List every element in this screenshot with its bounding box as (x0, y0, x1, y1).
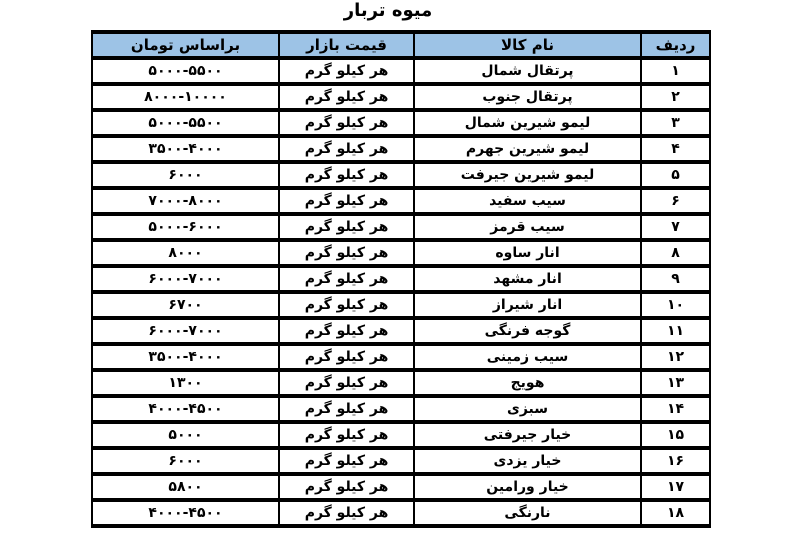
table-row: ۷ سیب قرمز هر کیلو گرم ۵۰۰۰-۶۰۰۰ (92, 214, 710, 240)
item-name-cell: هویج (414, 370, 641, 396)
price-cell: ۵۰۰۰-۶۰۰۰ (92, 214, 279, 240)
price-cell: ۵۰۰۰-۵۵۰۰ (92, 58, 279, 84)
price-cell: ۸۰۰۰ (92, 240, 279, 266)
row-number-cell: ۱۱ (641, 318, 710, 344)
table-row: ۴ لیمو شیرین جهرم هر کیلو گرم ۳۵۰۰-۴۰۰۰ (92, 136, 710, 162)
table-head: ردیف نام کالا قیمت بازار براساس تومان (92, 32, 710, 58)
price-cell: ۶۰۰۰-۷۰۰۰ (92, 266, 279, 292)
unit-cell: هر کیلو گرم (279, 162, 414, 188)
price-cell: ۶۰۰۰ (92, 448, 279, 474)
column-header-toman-basis: براساس تومان (92, 32, 279, 58)
table-row: ۱۰ انار شیراز هر کیلو گرم ۶۷۰۰ (92, 292, 710, 318)
table-row: ۱۴ سبزی هر کیلو گرم ۴۰۰۰-۴۵۰۰ (92, 396, 710, 422)
table-row: ۱ پرتقال شمال هر کیلو گرم ۵۰۰۰-۵۵۰۰ (92, 58, 710, 84)
item-name-cell: انار مشهد (414, 266, 641, 292)
item-name-cell: سیب قرمز (414, 214, 641, 240)
unit-cell: هر کیلو گرم (279, 84, 414, 110)
row-number-cell: ۱۰ (641, 292, 710, 318)
price-cell: ۳۵۰۰-۴۰۰۰ (92, 344, 279, 370)
row-number-cell: ۶ (641, 188, 710, 214)
column-header-market-price: قیمت بازار (279, 32, 414, 58)
item-name-cell: لیمو شیرین شمال (414, 110, 641, 136)
unit-cell: هر کیلو گرم (279, 214, 414, 240)
table-row: ۱۵ خیار جیرفتی هر کیلو گرم ۵۰۰۰ (92, 422, 710, 448)
table-row: ۱۲ سیب زمینی هر کیلو گرم ۳۵۰۰-۴۰۰۰ (92, 344, 710, 370)
price-cell: ۵۰۰۰ (92, 422, 279, 448)
price-cell: ۸۰۰۰-۱۰۰۰۰ (92, 84, 279, 110)
item-name-cell: پرتقال جنوب (414, 84, 641, 110)
table-row: ۱۳ هویج هر کیلو گرم ۱۳۰۰ (92, 370, 710, 396)
item-name-cell: سبزی (414, 396, 641, 422)
unit-cell: هر کیلو گرم (279, 500, 414, 526)
column-header-item-name: نام کالا (414, 32, 641, 58)
row-number-cell: ۱۴ (641, 396, 710, 422)
table-row: ۱۶ خیار یزدی هر کیلو گرم ۶۰۰۰ (92, 448, 710, 474)
item-name-cell: خیار یزدی (414, 448, 641, 474)
row-number-cell: ۱۵ (641, 422, 710, 448)
item-name-cell: خیار ورامین (414, 474, 641, 500)
table-row: ۳ لیمو شیرین شمال هر کیلو گرم ۵۰۰۰-۵۵۰۰ (92, 110, 710, 136)
unit-cell: هر کیلو گرم (279, 292, 414, 318)
produce-price-table: ردیف نام کالا قیمت بازار براساس تومان ۱ … (91, 30, 711, 528)
table-row: ۱۷ خیار ورامین هر کیلو گرم ۵۸۰۰ (92, 474, 710, 500)
table-row: ۸ انار ساوه هر کیلو گرم ۸۰۰۰ (92, 240, 710, 266)
item-name-cell: پرتقال شمال (414, 58, 641, 84)
price-cell: ۶۰۰۰-۷۰۰۰ (92, 318, 279, 344)
item-name-cell: انار شیراز (414, 292, 641, 318)
unit-cell: هر کیلو گرم (279, 58, 414, 84)
unit-cell: هر کیلو گرم (279, 266, 414, 292)
price-cell: ۵۸۰۰ (92, 474, 279, 500)
price-cell: ۵۰۰۰-۵۵۰۰ (92, 110, 279, 136)
price-cell: ۱۳۰۰ (92, 370, 279, 396)
unit-cell: هر کیلو گرم (279, 318, 414, 344)
row-number-cell: ۱۶ (641, 448, 710, 474)
page-title: میوه تربار (91, 0, 685, 21)
row-number-cell: ۱۷ (641, 474, 710, 500)
row-number-cell: ۹ (641, 266, 710, 292)
unit-cell: هر کیلو گرم (279, 422, 414, 448)
row-number-cell: ۸ (641, 240, 710, 266)
item-name-cell: نارنگی (414, 500, 641, 526)
row-number-cell: ۴ (641, 136, 710, 162)
item-name-cell: گوجه فرنگی (414, 318, 641, 344)
price-cell: ۴۰۰۰-۴۵۰۰ (92, 500, 279, 526)
row-number-cell: ۱۸ (641, 500, 710, 526)
item-name-cell: سیب سفید (414, 188, 641, 214)
table-row: ۱۸ نارنگی هر کیلو گرم ۴۰۰۰-۴۵۰۰ (92, 500, 710, 526)
table-row: ۱۱ گوجه فرنگی هر کیلو گرم ۶۰۰۰-۷۰۰۰ (92, 318, 710, 344)
unit-cell: هر کیلو گرم (279, 396, 414, 422)
column-header-row-number: ردیف (641, 32, 710, 58)
unit-cell: هر کیلو گرم (279, 344, 414, 370)
row-number-cell: ۱۲ (641, 344, 710, 370)
row-number-cell: ۱ (641, 58, 710, 84)
table-body: ۱ پرتقال شمال هر کیلو گرم ۵۰۰۰-۵۵۰۰ ۲ پر… (92, 58, 710, 526)
unit-cell: هر کیلو گرم (279, 136, 414, 162)
item-name-cell: سیب زمینی (414, 344, 641, 370)
table-row: ۶ سیب سفید هر کیلو گرم ۷۰۰۰-۸۰۰۰ (92, 188, 710, 214)
unit-cell: هر کیلو گرم (279, 370, 414, 396)
price-cell: ۳۵۰۰-۴۰۰۰ (92, 136, 279, 162)
unit-cell: هر کیلو گرم (279, 188, 414, 214)
row-number-cell: ۷ (641, 214, 710, 240)
row-number-cell: ۱۳ (641, 370, 710, 396)
unit-cell: هر کیلو گرم (279, 110, 414, 136)
price-cell: ۶۷۰۰ (92, 292, 279, 318)
unit-cell: هر کیلو گرم (279, 240, 414, 266)
table-row: ۲ پرتقال جنوب هر کیلو گرم ۸۰۰۰-۱۰۰۰۰ (92, 84, 710, 110)
row-number-cell: ۳ (641, 110, 710, 136)
row-number-cell: ۲ (641, 84, 710, 110)
price-cell: ۷۰۰۰-۸۰۰۰ (92, 188, 279, 214)
price-cell: ۶۰۰۰ (92, 162, 279, 188)
price-cell: ۴۰۰۰-۴۵۰۰ (92, 396, 279, 422)
unit-cell: هر کیلو گرم (279, 474, 414, 500)
item-name-cell: لیمو شیرین جیرفت (414, 162, 641, 188)
table-row: ۵ لیمو شیرین جیرفت هر کیلو گرم ۶۰۰۰ (92, 162, 710, 188)
item-name-cell: انار ساوه (414, 240, 641, 266)
row-number-cell: ۵ (641, 162, 710, 188)
item-name-cell: خیار جیرفتی (414, 422, 641, 448)
table-row: ۹ انار مشهد هر کیلو گرم ۶۰۰۰-۷۰۰۰ (92, 266, 710, 292)
unit-cell: هر کیلو گرم (279, 448, 414, 474)
page: میوه تربار ردیف نام کالا قیمت بازار براس… (0, 0, 800, 557)
item-name-cell: لیمو شیرین جهرم (414, 136, 641, 162)
table-header-row: ردیف نام کالا قیمت بازار براساس تومان (92, 32, 710, 58)
